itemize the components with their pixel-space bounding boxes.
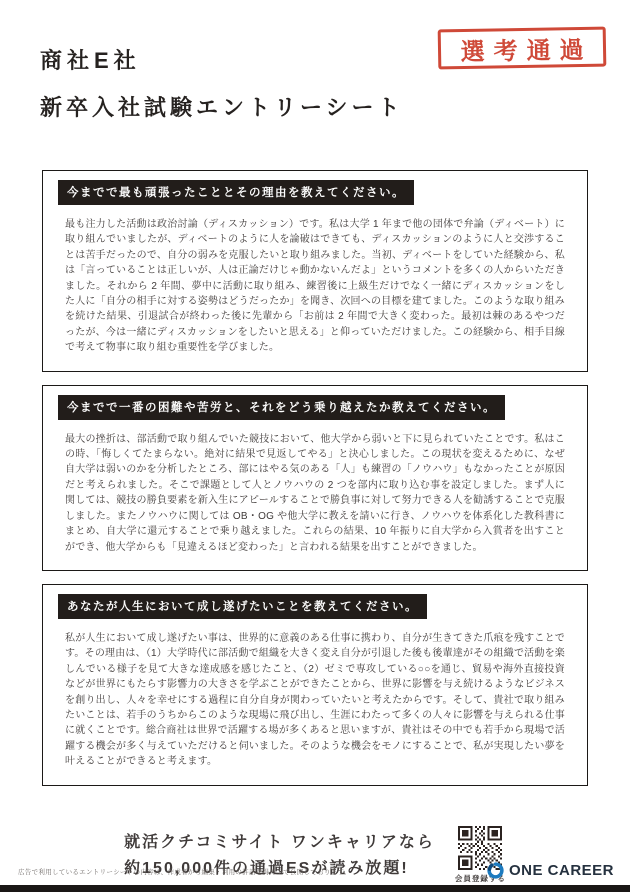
one-career-logo-icon bbox=[487, 862, 504, 879]
promo-line-1: 就活クチコミサイト ワンキャリアなら bbox=[124, 830, 435, 856]
answer-text: 私が人生において成し遂げたい事は、世界的に意義のある仕事に携わり、自分が生きてき… bbox=[65, 631, 565, 770]
footer-bar bbox=[0, 885, 630, 892]
selection-pass-stamp: 選考通過 bbox=[438, 27, 607, 70]
question-label: 今までで一番の困難や苦労と、それをどう乗り越えたか教えてください。 bbox=[58, 395, 505, 420]
question-section-3: あなたが人生において成し遂げたいことを教えてください。 私が人生において成し遂げ… bbox=[42, 584, 588, 786]
question-sections: 今までで最も頑張ったこととその理由を教えてください。 最も注力した活動は政治討論… bbox=[42, 170, 588, 786]
one-career-logo: ONE CAREER bbox=[487, 862, 614, 879]
entry-sheet-page: 商社E社 新卒入社試験エントリーシート 選考通過 今までで最も頑張ったこととその… bbox=[0, 0, 630, 892]
question-section-1: 今までで最も頑張ったこととその理由を教えてください。 最も注力した活動は政治討論… bbox=[42, 170, 588, 372]
question-section-2: 今までで一番の困難や苦労と、それをどう乗り越えたか教えてください。 最大の挫折は… bbox=[42, 385, 588, 571]
question-label: 今までで最も頑張ったこととその理由を教えてください。 bbox=[58, 180, 414, 205]
footer-disclaimer: 広告で利用しているエントリーシートの内容は、作成者から編集・利用の許諾を得た上で… bbox=[18, 867, 351, 876]
document-header: 商社E社 新卒入社試験エントリーシート 選考通過 bbox=[0, 0, 630, 122]
answer-text: 最も注力した活動は政治討論（ディスカッション）です。私は大学 1 年まで他の団体… bbox=[65, 217, 565, 356]
question-label: あなたが人生において成し遂げたいことを教えてください。 bbox=[58, 594, 427, 619]
one-career-logo-text: ONE CAREER bbox=[509, 862, 614, 879]
document-title: 新卒入社試験エントリーシート bbox=[40, 91, 590, 122]
answer-text: 最大の挫折は、部活動で取り組んでいた競技において、他大学から弱いと下に見られてい… bbox=[65, 432, 565, 555]
